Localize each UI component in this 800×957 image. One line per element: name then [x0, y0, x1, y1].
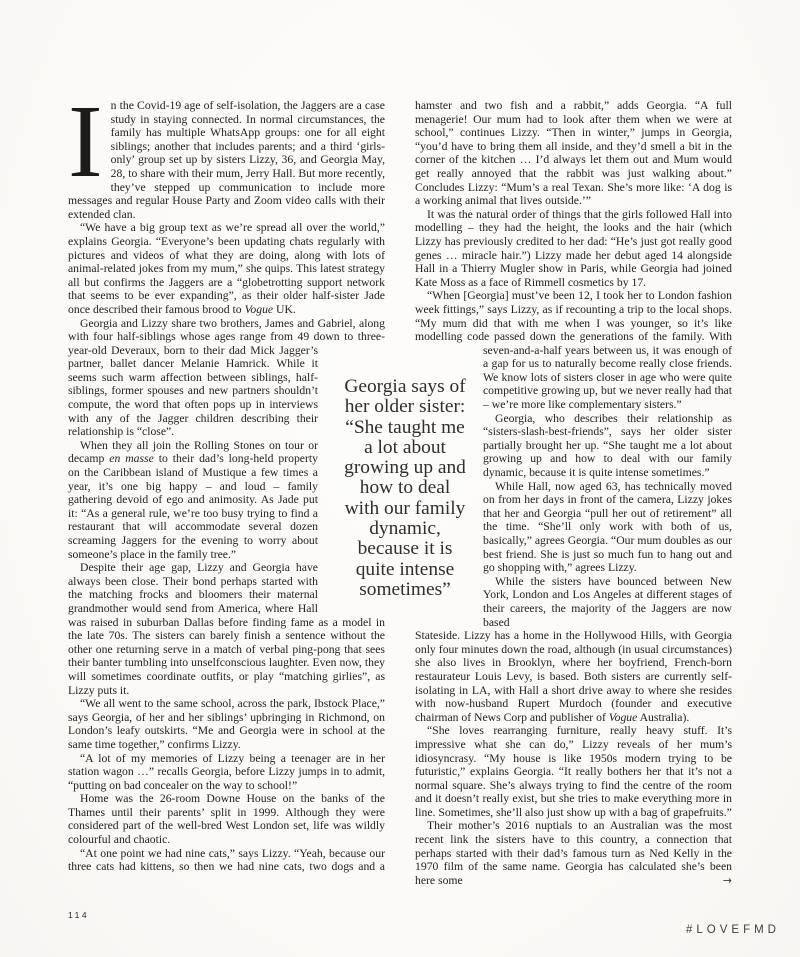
paragraph: “When [Georgia] must’ve been 12, I took …	[415, 289, 732, 343]
article-right-column: hamster and two fish and a rabbit,” adds…	[415, 99, 732, 887]
paragraph: “At one point we had nine cats,” says Li…	[68, 847, 385, 874]
closing-paragraph: Their mother’s 2016 nuptials to an Austr…	[415, 819, 732, 887]
paragraph: Despite their age gap, Lizzy and Georgia…	[68, 561, 318, 615]
paragraph: year-old Deveraux, born to their dad Mic…	[68, 344, 318, 439]
paragraph: While the sisters have bounced between N…	[483, 575, 732, 629]
drop-cap: I	[68, 100, 103, 182]
continuation-arrow-icon: →	[711, 874, 732, 888]
paragraph: Home was the 26-room Downe House on the …	[68, 792, 385, 846]
paragraph: “We have a big group text as we’re sprea…	[68, 221, 385, 316]
opening-paragraph: In the Covid-19 age of self-isolation, t…	[68, 99, 385, 221]
paragraph: “We all went to the same school, across …	[68, 697, 385, 751]
paragraph: Georgia and Lizzy share two brothers, Ja…	[68, 317, 385, 344]
paragraph: While Hall, now aged 63, has technically…	[483, 480, 732, 575]
paragraph-text: n the Covid-19 age of self-isolation, th…	[68, 99, 385, 221]
paragraph: Stateside. Lizzy has a home in the Holly…	[415, 629, 732, 724]
paragraph: Georgia, who describes their relationshi…	[483, 412, 732, 480]
paragraph-text: Their mother’s 2016 nuptials to an Austr…	[415, 819, 732, 886]
paragraph: It was the natural order of things that …	[415, 208, 732, 290]
page-number: 114	[68, 910, 89, 920]
paragraph: hamster and two fish and a rabbit,” adds…	[415, 99, 732, 208]
magazine-page: In the Covid-19 age of self-isolation, t…	[0, 0, 800, 957]
paragraph: was raised in suburban Dallas before fin…	[68, 616, 385, 698]
brand-hashtag: #LOVEFMD	[686, 924, 780, 936]
paragraph: “A lot of my memories of Lizzy being a t…	[68, 752, 385, 793]
left-column-wrap-segment: year-old Deveraux, born to their dad Mic…	[68, 344, 318, 616]
paragraph: “She loves rearranging furniture, really…	[415, 724, 732, 819]
paragraph: When they all join the Rolling Stones on…	[68, 439, 318, 561]
right-column-wrap-segment: seven-and-a-half years between us, it wa…	[483, 344, 732, 629]
paragraph: seven-and-a-half years between us, it wa…	[483, 344, 732, 412]
